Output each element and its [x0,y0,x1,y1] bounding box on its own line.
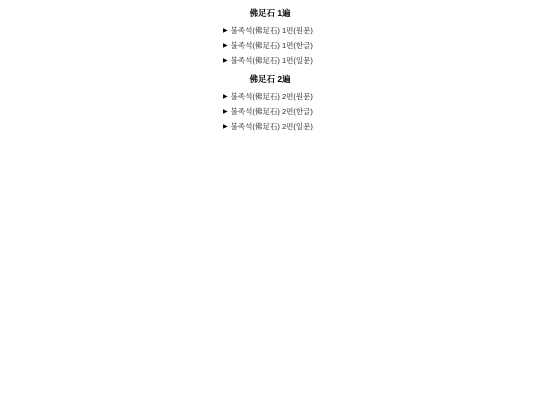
item-label: 불족석(佛足石) 2편(한글) [231,107,313,117]
item-label: 불족석(佛足石) 1편(한글) [231,41,313,51]
item-vol2-hangul[interactable]: ▶ 불족석(佛足石) 2편(한글) [223,107,317,117]
item-vol2-original[interactable]: ▶ 불족석(佛足石) 2편(원문) [223,92,317,102]
section-1-heading: 佛足石 1遍 [223,8,317,19]
triangle-bullet-icon: ▶ [223,58,228,64]
item-vol2-japanese[interactable]: ▶ 불족석(佛足石) 2편(일문) [223,122,317,132]
triangle-bullet-icon: ▶ [223,94,228,100]
triangle-bullet-icon: ▶ [223,43,228,49]
item-vol1-hangul[interactable]: ▶ 불족석(佛足石) 1편(한글) [223,41,317,51]
triangle-bullet-icon: ▶ [223,28,228,34]
item-label: 불족석(佛足石) 1편(원문) [231,26,313,36]
page: { "page": { "background": "#ffffff", "te… [0,0,540,405]
triangle-bullet-icon: ▶ [223,124,228,130]
triangle-bullet-icon: ▶ [223,109,228,115]
item-label: 불족석(佛足石) 1편(일문) [231,56,313,66]
section-2-heading: 佛足石 2遍 [223,74,317,85]
item-vol1-original[interactable]: ▶ 불족석(佛足石) 1편(원문) [223,26,317,36]
item-label: 불족석(佛足石) 2편(원문) [231,92,313,102]
item-vol1-japanese[interactable]: ▶ 불족석(佛足石) 1편(일문) [223,56,317,66]
item-label: 불족석(佛足石) 2편(일문) [231,122,313,132]
content-column: 佛足石 1遍 ▶ 불족석(佛足石) 1편(원문) ▶ 불족석(佛足石) 1편(한… [223,0,317,137]
